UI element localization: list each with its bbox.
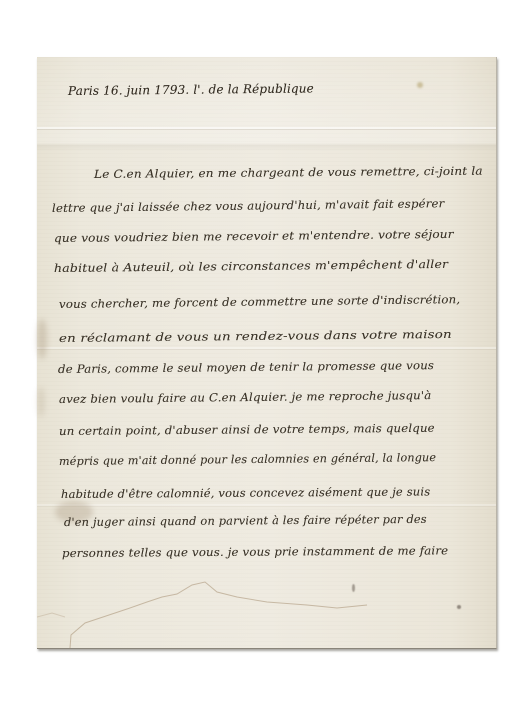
letter-line: vous chercher, me forcent de commettre u… <box>59 293 460 311</box>
letter-text: Paris 16. juin 1793. l'. de la Républiqu… <box>37 57 496 648</box>
letter-line: Le C.en Alquier, en me chargeant de vous… <box>94 165 483 181</box>
letter-line: mépris que m'ait donné pour les calomnie… <box>59 451 436 468</box>
letter-line: habituel à Auteuil, où les circonstances… <box>54 258 448 275</box>
letter-line: habitude d'être calomnié, vous concevez … <box>61 485 430 501</box>
letter-paper: Paris 16. juin 1793. l'. de la Républiqu… <box>37 57 497 649</box>
letter-line: que vous voudriez bien me recevoir et m'… <box>54 228 454 245</box>
letter-line: un certain point, d'abuser ainsi de votr… <box>59 422 435 438</box>
letter-line: lettre que j'ai laissée chez vous aujour… <box>52 197 445 215</box>
letter-line: personnes telles que vous. je vous prie … <box>62 544 448 560</box>
letter-line: d'en juger ainsi quand on parvient à les… <box>64 513 427 529</box>
letter-line: de Paris, comme le seul moyen de tenir l… <box>58 359 434 376</box>
letter-line: en réclamant de vous un rendez-vous dans… <box>59 328 452 345</box>
letter-line: avez bien voulu faire au C.en Alquier. j… <box>59 389 432 406</box>
letter-dateline: Paris 16. juin 1793. l'. de la Républiqu… <box>68 81 314 98</box>
